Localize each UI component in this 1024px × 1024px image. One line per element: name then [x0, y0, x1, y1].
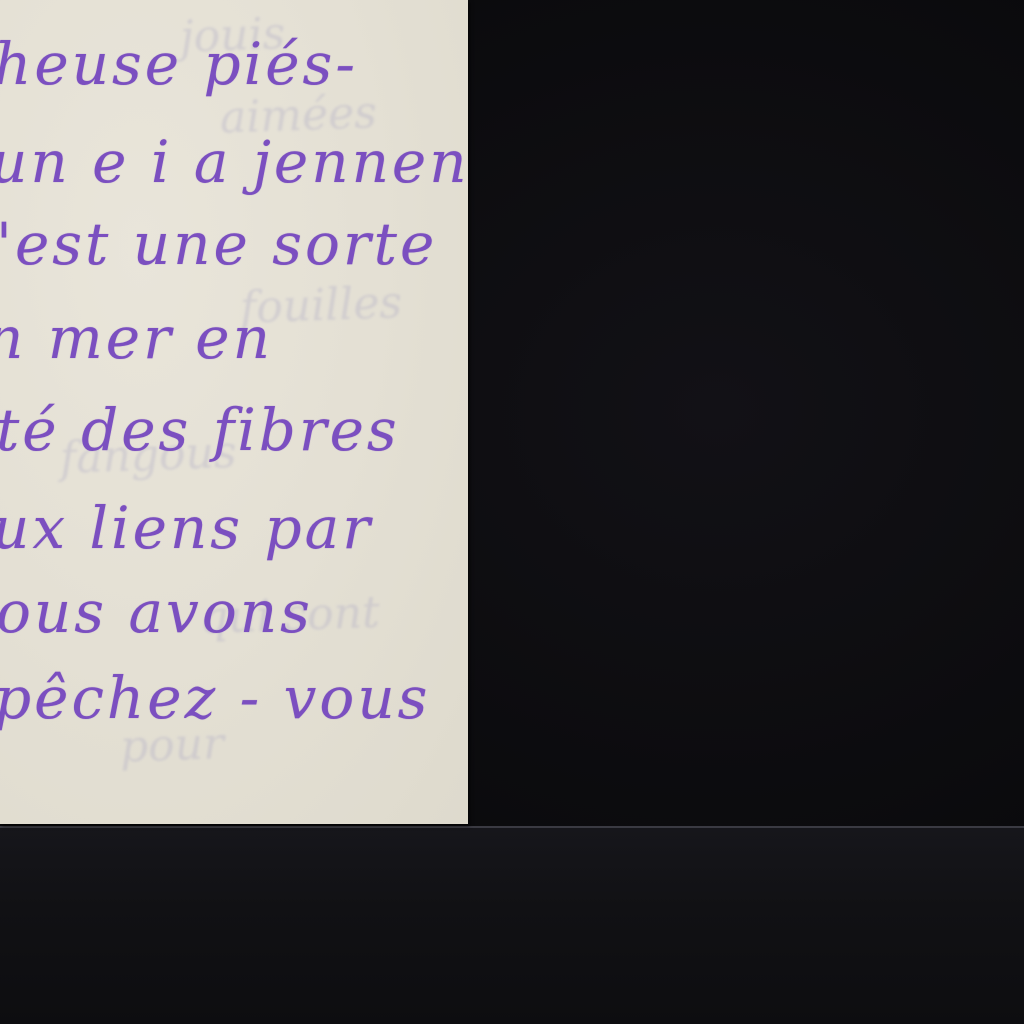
handwritten-line-7: ous avons	[0, 578, 313, 646]
mounting-board	[0, 826, 1024, 1024]
handwritten-line-3: 'est une sorte	[0, 210, 437, 278]
handwritten-line-2: un e i a jennent.	[0, 128, 468, 196]
letter-page: jouis aimées fouilles fangous qui sont p…	[0, 0, 468, 824]
scan-background: jouis aimées fouilles fangous qui sont p…	[0, 0, 1024, 1024]
handwritten-line-8: pêchez - vous	[0, 664, 430, 732]
handwritten-line-5: té des fibres	[0, 396, 400, 464]
handwritten-line-4: n mer en	[0, 304, 273, 372]
handwritten-line-6: ux liens par	[0, 494, 373, 562]
handwritten-line-1: heuse piés-	[0, 30, 358, 98]
